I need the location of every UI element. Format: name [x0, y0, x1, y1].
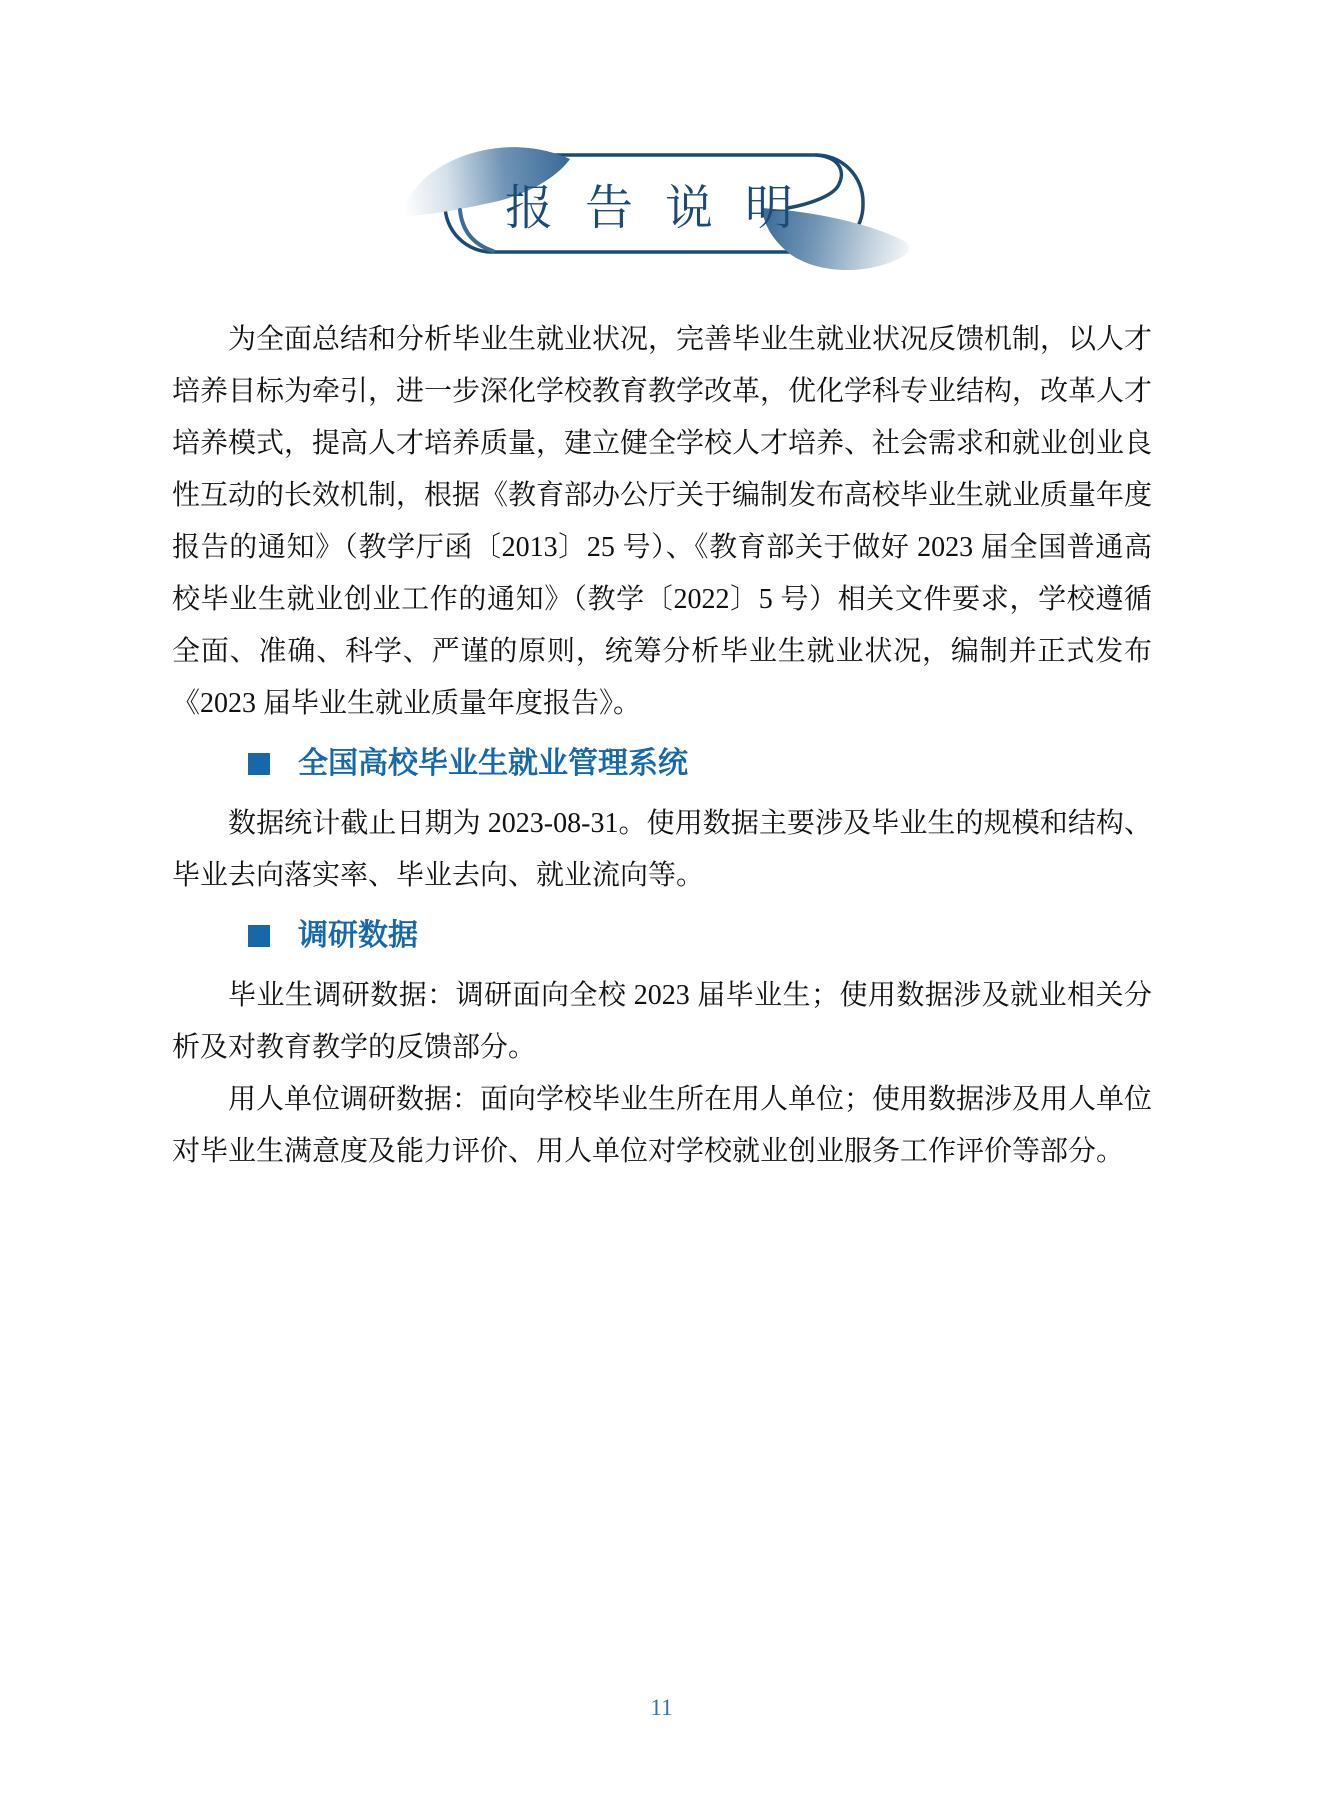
section1-paragraph: 数据统计截止日期为 2023-08-31。使用数据主要涉及毕业生的规模和结构、毕…	[172, 798, 1152, 902]
report-page: 报 告 说 明 为全面总结和分析毕业生就业状况，完善毕业生就业状况反馈机制，以人…	[0, 0, 1323, 1795]
section-header-management-system: 全国高校毕业生就业管理系统	[248, 744, 1152, 784]
section-header-survey-data: 调研数据	[248, 916, 1152, 956]
page-number: 11	[0, 1695, 1323, 1721]
section2-paragraph-graduate-survey: 毕业生调研数据：调研面向全校 2023 届毕业生；使用数据涉及就业相关分析及对教…	[172, 970, 1152, 1074]
intro-paragraph: 为全面总结和分析毕业生就业状况，完善毕业生就业状况反馈机制，以人才培养目标为牵引…	[172, 314, 1152, 730]
section-bullet-icon	[248, 753, 270, 775]
section2-paragraph-employer-survey: 用人单位调研数据：面向学校毕业生所在用人单位；使用数据涉及用人单位对毕业生满意度…	[172, 1074, 1152, 1178]
page-title: 报 告 说 明	[445, 155, 863, 252]
section-bullet-icon	[248, 925, 270, 947]
section-title: 全国高校毕业生就业管理系统	[298, 744, 688, 784]
document-body: 为全面总结和分析毕业生就业状况，完善毕业生就业状况反馈机制，以人才培养目标为牵引…	[172, 314, 1152, 1178]
section-title: 调研数据	[298, 916, 418, 956]
title-badge: 报 告 说 明	[390, 120, 930, 300]
